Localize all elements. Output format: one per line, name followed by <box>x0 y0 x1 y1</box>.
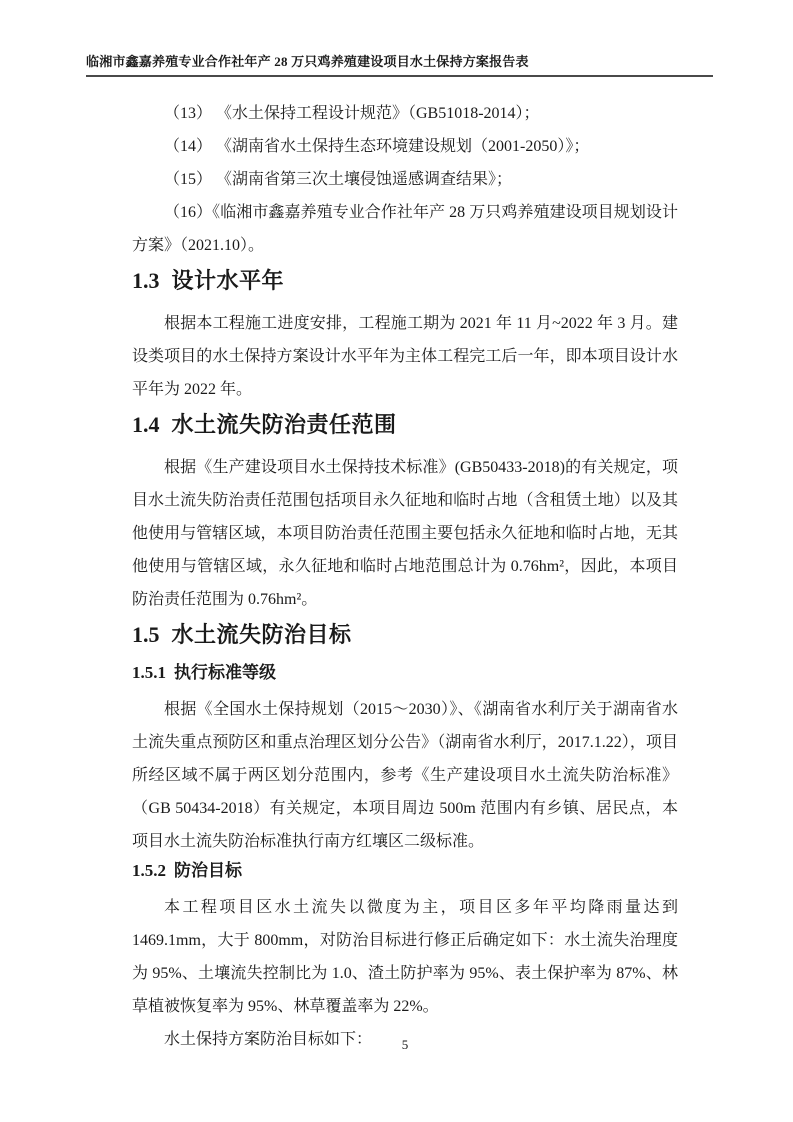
section-title: 水土流失防治目标 <box>172 622 352 647</box>
subsection-1-5-2-paragraph: 本工程项目区水土流失以微度为主，项目区多年平均降雨量达到 1469.1mm，大于… <box>132 891 678 1023</box>
section-heading-1-5: 1.5水土流失防治目标 <box>132 618 678 651</box>
reference-item-13: （13） 《水土保持工程设计规范》（GB51018-2014）； <box>132 97 678 130</box>
header-title: 临湘市鑫嘉养殖专业合作社年产 28 万只鸡养殖建设项目水土保持方案报告表 <box>86 51 713 70</box>
page-header: 临湘市鑫嘉养殖专业合作社年产 28 万只鸡养殖建设项目水土保持方案报告表 <box>86 51 713 77</box>
reference-item-16: （16）《临湘市鑫嘉养殖专业合作社年产 28 万只鸡养殖建设项目规划设计方案》（… <box>132 196 678 262</box>
subsection-heading-1-5-1: 1.5.1执行标准等级 <box>132 661 678 685</box>
subsection-heading-1-5-2: 1.5.2防治目标 <box>132 859 678 883</box>
page-footer: 5 <box>132 1037 678 1053</box>
section-heading-1-4: 1.4水土流失防治责任范围 <box>132 408 678 441</box>
reference-item-15: （15） 《湖南省第三次土壤侵蚀遥感调查结果》； <box>132 163 678 196</box>
reference-item-14: （14） 《湖南省水土保持生态环境建设规划（2001-2050）》； <box>132 130 678 163</box>
subsection-number: 1.5.2 <box>132 861 166 880</box>
section-heading-1-3: 1.3设计水平年 <box>132 264 678 297</box>
section-title: 水土流失防治责任范围 <box>172 412 397 437</box>
section-number: 1.3 <box>132 268 160 293</box>
section-1-4-paragraph: 根据《生产建设项目水土保持技术标准》(GB50433-2018)的有关规定，项目… <box>132 451 678 616</box>
subsection-title: 防治目标 <box>174 861 242 880</box>
subsection-title: 执行标准等级 <box>174 663 276 682</box>
subsection-number: 1.5.1 <box>132 663 166 682</box>
page-body: （13） 《水土保持工程设计规范》（GB51018-2014）； （14） 《湖… <box>132 97 678 1056</box>
section-1-3-paragraph: 根据本工程施工进度安排，工程施工期为 2021 年 11 月~2022 年 3 … <box>132 307 678 406</box>
subsection-1-5-1-paragraph: 根据《全国水土保持规划（2015～2030）》、《湖南省水利厅关于湖南省水土流失… <box>132 693 678 858</box>
section-number: 1.4 <box>132 412 160 437</box>
section-number: 1.5 <box>132 622 160 647</box>
page-number: 5 <box>402 1037 409 1052</box>
section-title: 设计水平年 <box>172 268 285 293</box>
document-page: 临湘市鑫嘉养殖专业合作社年产 28 万只鸡养殖建设项目水土保持方案报告表 （13… <box>0 0 793 1122</box>
